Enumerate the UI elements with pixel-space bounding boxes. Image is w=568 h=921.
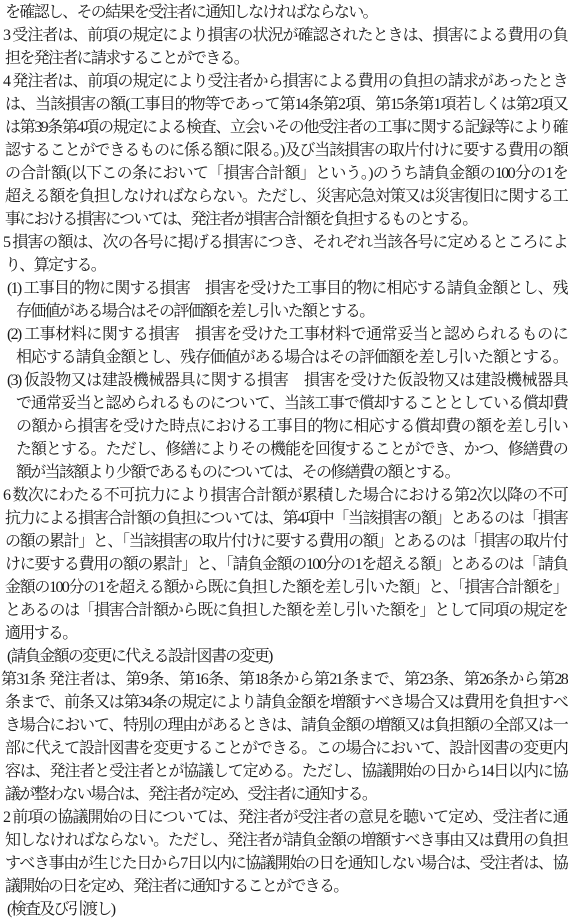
paragraph-5-line: 5 損害の額は、次の各号に掲げる損害につき、それぞれ当該各号に定めるところによ — [0, 231, 568, 254]
section-heading-inspection: (検査及び引渡し) — [0, 898, 568, 921]
paragraph-continuation-line: けに要する費用の額の累計」と、「請負金額の100分の1を超える額」とあるのは「請… — [0, 553, 568, 576]
item-2-line: (2) 工事材料に関する損害 損害を受けた工事材料で通常妥当と認められるものに — [0, 323, 568, 346]
paragraph-4-line: 4 発注者は、前項の規定により受注者から損害による費用の負担の請求があったとき — [0, 70, 568, 93]
paragraph-continuation-line: 金額の100分の1を超える額から既に負担した額を差し引いた額」と、「損害合計額を… — [0, 576, 568, 599]
paragraph-continuation-line: は、当該損害の額(工事目的物等であって第14条第2項、第15条第1項若しくは第2… — [0, 93, 568, 116]
article-31-line: 第31条 発注者は、第9条、第16条、第18条から第21条まで、第23条、第26… — [0, 668, 568, 691]
item-1-line: (1) 工事目的物に関する損害 損害を受けた工事目的物に相応する請負金額とし、残 — [0, 277, 568, 300]
document-page: を確認し、その結果を受注者に通知しなければならない。 3 受注者は、前項の規定に… — [0, 0, 568, 921]
paragraph-continuation-line: 超える額を負担しなければならない。ただし、災害応急対策又は災害復旧に関する工 — [0, 185, 568, 208]
paragraph-continuation-line: とあるのは「損害合計額から既に負担した額を差し引いた額を」として同項の規定を — [0, 599, 568, 622]
paragraph-continuation-line: 議開始の日を定め、発注者に通知することができる。 — [0, 875, 568, 898]
item-continuation-line: 額が当該額より少額であるものについては、その修繕費の額とする。 — [0, 461, 568, 484]
paragraph-continuation-line: の合計額(以下この条において「損害合計額」という。)のうち請負金額の100分の1… — [0, 162, 568, 185]
paragraph-continuation-line: 事における損害については、発注者が損害合計額を負担するものとする。 — [0, 208, 568, 231]
paragraph-continuation-line: 容は、発注者と受注者とが協議して定める。ただし、協議開始の日から14日以内に協 — [0, 760, 568, 783]
paragraph-continuation-line: の額の累計」と、「当該損害の取片付けに要する費用の額」とあるのは「損害の取片付 — [0, 530, 568, 553]
paragraph-2-line: 2 前項の協議開始の日については、発注者が受注者の意見を聴いて定め、受注者に通 — [0, 806, 568, 829]
paragraph-continuation-line: 議が整わない場合は、発注者が定め、受注者に通知する。 — [0, 783, 568, 806]
paragraph-continuation-line: 部に代えて設計図書を変更することができる。この場合において、設計図書の変更内 — [0, 737, 568, 760]
item-continuation-line: た額とする。ただし、修繕によりその機能を回復することができ、かつ、修繕費の — [0, 438, 568, 461]
item-3-line: (3) 仮設物又は建設機械器具に関する損害 損害を受けた仮設物又は建設機械器具 — [0, 369, 568, 392]
paragraph-continuation-line: 知しなければならない。ただし、発注者が請負金額の増額すべき事由又は費用の負担 — [0, 829, 568, 852]
paragraph-continuation-line: 条まで、前条又は第34条の規定により請負金額を増額すべき場合又は費用を負担すべ — [0, 691, 568, 714]
item-continuation-line: で通常妥当と認められるものについて、当該工事で償却することとしている償却費 — [0, 392, 568, 415]
item-continuation-line: の額から損害を受けた時点における工事目的物に相応する償却費の額を差し引い — [0, 415, 568, 438]
paragraph-6-line: 6 数次にわたる不可抗力により損害合計額が累積した場合における第2次以降の不可 — [0, 484, 568, 507]
paragraph-continuation-line: き場合において、特別の理由があるときは、請負金額の増額又は負担額の全部又は一 — [0, 714, 568, 737]
paragraph-continuation-line: を確認し、その結果を受注者に通知しなければならない。 — [0, 1, 568, 24]
paragraph-continuation-line: すべき事由が生じた日から7日以内に協議開始の日を通知しない場合は、受注者は、協 — [0, 852, 568, 875]
paragraph-continuation-line: は第39条第4項の規定による検査、立会いその他受注者の工事に関する記録等により確 — [0, 116, 568, 139]
paragraph-continuation-line: 適用する。 — [0, 622, 568, 645]
item-continuation-line: 相応する請負金額とし、残存価値がある場合はその評価額を差し引いた額とする。 — [0, 346, 568, 369]
paragraph-continuation-line: 担を発注者に請求することができる。 — [0, 47, 568, 70]
paragraph-3-line: 3 受注者は、前項の規定により損害の状況が確認されたときは、損害による費用の負 — [0, 24, 568, 47]
paragraph-continuation-line: 認することができるものに係る額に限る。)及び当該損害の取片付けに要する費用の額 — [0, 139, 568, 162]
section-heading-design-change: (請負金額の変更に代える設計図書の変更) — [0, 645, 568, 668]
item-continuation-line: 存価値がある場合はその評価額を差し引いた額とする。 — [0, 300, 568, 323]
paragraph-continuation-line: 抗力による損害合計額の負担については、第4項中「当該損害の額」とあるのは「損害 — [0, 507, 568, 530]
paragraph-continuation-line: り、算定する。 — [0, 254, 568, 277]
